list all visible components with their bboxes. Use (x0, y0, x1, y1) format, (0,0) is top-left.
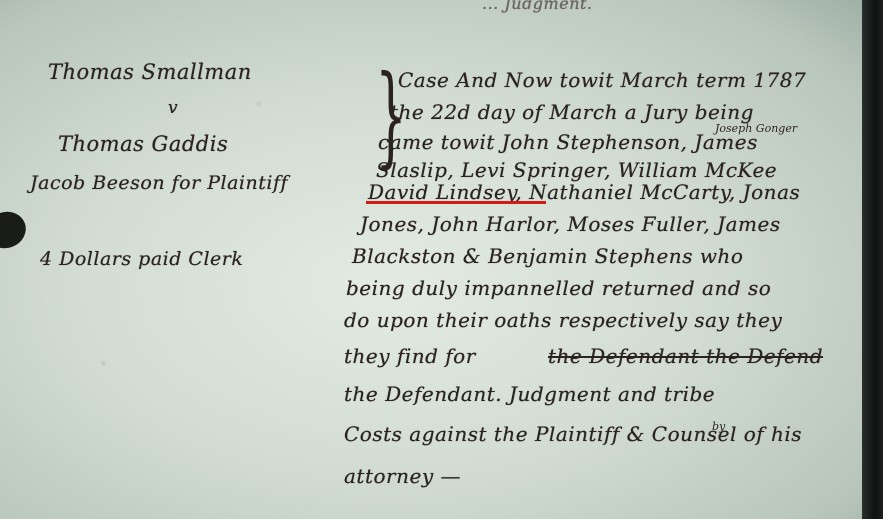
body-line-8: being duly impannelled returned and so (346, 276, 771, 300)
body-line-4: Slaslip, Levi Springer, William McKee (376, 158, 777, 182)
body-line-1: Case And Now towit March term 1787 (398, 68, 806, 92)
body-line-2: the 22d day of March a Jury being (390, 100, 754, 124)
defendant-name: Thomas Gaddis (58, 132, 228, 156)
body-line-7: Blackston & Benjamin Stephens who (352, 244, 743, 268)
plaintiff-name: Thomas Smallman (48, 60, 252, 84)
attorney-line: Jacob Beeson for Plaintiff (30, 172, 288, 194)
body-line-11: the Defendant. Judgment and tribe (344, 382, 715, 406)
manuscript-page: ... Judgment. Thomas Smallman v Thomas G… (0, 0, 862, 519)
top-fragment-text: ... Judgment. (482, 0, 593, 13)
body-line-9: do upon their oaths respectively say the… (344, 308, 782, 332)
versus-label: v (168, 98, 178, 118)
book-binding-edge (862, 0, 883, 519)
body-line-12: Costs against the Plaintiff & Counsel of… (344, 422, 802, 446)
highlight-underline-david-lindsey (366, 201, 546, 204)
struck-text: the Defendant the Defend (548, 344, 823, 368)
body-line-3: came towit John Stephenson, James (378, 130, 758, 154)
body-line-13: attorney — (344, 464, 461, 488)
body-line-6: Jones, John Harlor, Moses Fuller, James (360, 212, 781, 236)
photo-shadow (0, 206, 31, 254)
body-line-10: they find for (344, 344, 476, 368)
fee-line: 4 Dollars paid Clerk (40, 248, 243, 270)
